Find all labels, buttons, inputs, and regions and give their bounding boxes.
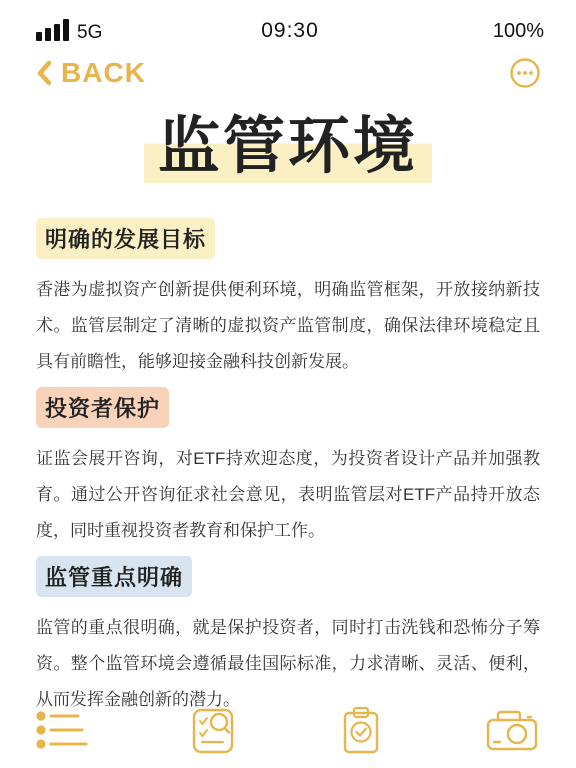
clock-label: 09:30 <box>186 19 394 43</box>
report-search-icon <box>189 743 237 760</box>
section-development-goals: 明确的发展目标 香港为虚拟资产创新提供便利环境，明确监管框架，开放接纳新技术。监… <box>36 218 540 380</box>
report-search-button[interactable] <box>189 704 237 756</box>
section-heading: 明确的发展目标 <box>36 218 215 259</box>
article-content: 明确的发展目标 香港为虚拟资产创新提供便利环境，明确监管框架，开放接纳新技术。监… <box>0 218 576 718</box>
network-type-label: 5G <box>77 22 102 44</box>
section-heading: 投资者保护 <box>36 387 169 428</box>
list-button[interactable] <box>34 707 88 753</box>
clipboard-check-button[interactable] <box>339 704 383 756</box>
page-title: 监管环境 <box>144 110 432 183</box>
circled-ellipsis-icon <box>508 77 542 94</box>
back-button[interactable]: BACK <box>36 57 146 89</box>
section-body: 香港为虚拟资产创新提供便利环境，明确监管框架，开放接纳新技术。监管层制定了清晰的… <box>36 272 540 380</box>
section-body: 监管的重点很明确，就是保护投资者，同时打击洗钱和恐怖分子筹资。整个监管环境会遵循… <box>36 610 540 718</box>
list-icon <box>34 740 88 757</box>
battery-level-label: 100% <box>394 20 544 43</box>
section-heading: 监管重点明确 <box>36 556 192 597</box>
title-block: 监管环境 <box>0 110 576 202</box>
signal-strength-icon <box>36 19 69 44</box>
status-bar: 5G 09:30 100% <box>0 0 576 46</box>
more-options-button[interactable] <box>508 56 542 90</box>
camera-icon <box>484 741 540 758</box>
clipboard-check-icon <box>339 743 383 760</box>
back-button-label: BACK <box>61 57 146 89</box>
bottom-toolbar <box>0 704 576 756</box>
camera-button[interactable] <box>484 706 540 754</box>
nav-bar: BACK <box>0 46 576 90</box>
back-chevron-icon <box>36 59 53 87</box>
section-regulatory-focus: 监管重点明确 监管的重点很明确，就是保护投资者，同时打击洗钱和恐怖分子筹资。整个… <box>36 556 540 718</box>
section-body: 证监会展开咨询，对ETF持欢迎态度，为投资者设计产品并加强教育。通过公开咨询征求… <box>36 441 540 549</box>
section-investor-protection: 投资者保护 证监会展开咨询，对ETF持欢迎态度，为投资者设计产品并加强教育。通过… <box>36 387 540 549</box>
